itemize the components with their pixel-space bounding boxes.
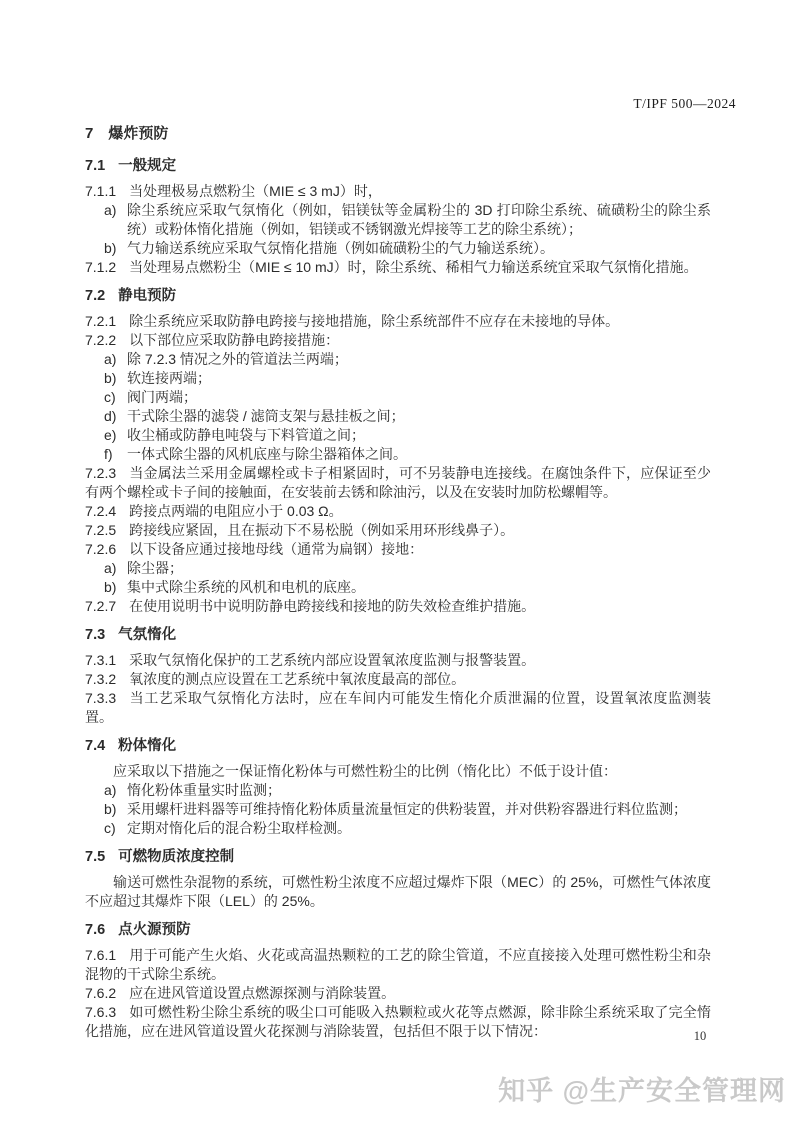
heading-number: 7.4: [85, 738, 105, 754]
clause-text: 当工艺采取气氛惰化方法时，应在车间内可能发生惰化介质泄漏的位置，设置氧浓度监测装…: [85, 690, 711, 725]
list-item-label: d): [104, 407, 127, 426]
section-heading: 7.6点火源预防: [85, 921, 711, 940]
heading-title: 粉体惰化: [118, 738, 176, 754]
clause-number: 7.2.6: [85, 541, 116, 557]
clause-text: 以下设备应通过接地母线（通常为扁钢）接地：: [129, 541, 423, 557]
list-item-label: a): [104, 781, 127, 800]
heading-title: 静电预防: [118, 288, 176, 304]
heading-number: 7.5: [85, 849, 105, 865]
clause-text: 跨接线应紧固，且在振动下不易松脱（例如采用环形线鼻子）。: [129, 522, 514, 538]
list-item-label: b): [104, 239, 127, 258]
watermark-text: 知乎 @生产安全管理网: [498, 1069, 786, 1108]
list-item-text: 除 7.2.3 情况之外的管道法兰两端；: [127, 350, 711, 369]
list-item-label: b): [104, 578, 127, 597]
clause: 7.2.1除尘系统应采取防静电跨接与接地措施，除尘系统部件不应存在未接地的导体。: [85, 312, 711, 331]
clause: 7.1.1当处理极易点燃粉尘（MIE ≤ 3 mJ）时，: [85, 182, 711, 201]
clause-text: 用于可能产生火焰、火花或高温热颗粒的工艺的除尘管道，不应直接接入处理可燃性粉尘和…: [85, 947, 711, 982]
list-item-label: a): [104, 350, 127, 369]
clause: 7.6.2应在进风管道设置点燃源探测与消除装置。: [85, 984, 711, 1003]
heading-title: 可燃物质浓度控制: [118, 849, 234, 865]
section-heading: 7.4粉体惰化: [85, 737, 711, 756]
clause: 7.3.3当工艺采取气氛惰化方法时，应在车间内可能发生惰化介质泄漏的位置，设置氧…: [85, 689, 711, 727]
page-number: 10: [688, 1029, 712, 1044]
list-item-label: c): [104, 819, 127, 838]
list-item-label: c): [104, 388, 127, 407]
list-item-text: 一体式除尘器的风机底座与除尘器箱体之间。: [127, 445, 711, 464]
list-item-label: e): [104, 426, 127, 445]
list-item-text: 定期对惰化后的混合粉尘取样检测。: [127, 819, 711, 838]
list-item-text: 采用螺杆进料器等可维持惰化粉体质量流量恒定的供粉装置，并对供粉容器进行料位监测；: [127, 800, 711, 819]
clause-text: 在使用说明书中说明防静电跨接线和接地的防失效检查维护措施。: [129, 598, 535, 614]
clause-text: 当处理极易点燃粉尘（MIE ≤ 3 mJ）时，: [129, 183, 382, 199]
clause: 7.2.5跨接线应紧固，且在振动下不易松脱（例如采用环形线鼻子）。: [85, 521, 711, 540]
paragraph: 应采取以下措施之一保证惰化粉体与可燃性粉尘的比例（惰化比）不低于设计值：: [85, 762, 711, 781]
clause-text: 采取气氛惰化保护的工艺系统内部应设置氧浓度监测与报警装置。: [129, 652, 535, 668]
clause: 7.3.2氧浓度的测点应设置在工艺系统中氧浓度最高的部位。: [85, 670, 711, 689]
clause-number: 7.6.2: [85, 985, 116, 1001]
clause-number: 7.2.5: [85, 522, 116, 538]
list-item-text: 收尘桶或防静电吨袋与下料管道之间；: [127, 426, 711, 445]
heading-number: 7: [85, 125, 93, 142]
section-heading: 7.5可燃物质浓度控制: [85, 848, 711, 867]
list-item: f)一体式除尘器的风机底座与除尘器箱体之间。: [85, 445, 711, 464]
list-item: a)除尘系统应采取气氛惰化（例如，铝镁钛等金属粉尘的 3D 打印除尘系统、硫磺粉…: [85, 201, 711, 239]
list-item: b)采用螺杆进料器等可维持惰化粉体质量流量恒定的供粉装置，并对供粉容器进行料位监…: [85, 800, 711, 819]
list-item: a)惰化粉体重量实时监测；: [85, 781, 711, 800]
clause-number: 7.6.3: [85, 1004, 116, 1020]
heading-number: 7.1: [85, 158, 105, 174]
paragraph: 输送可燃性杂混物的系统，可燃性粉尘浓度不应超过爆炸下限（MEC）的 25%，可燃…: [85, 873, 711, 911]
doc-number-header: T/IPF 500—2024: [633, 96, 736, 112]
list-item-text: 干式除尘器的滤袋 / 滤筒支架与悬挂板之间；: [127, 407, 711, 426]
list-item-label: a): [104, 559, 127, 578]
heading-number: 7.3: [85, 627, 105, 643]
section-heading: 7.2静电预防: [85, 287, 711, 306]
clause-number: 7.2.7: [85, 598, 116, 614]
document-body: 7爆炸预防7.1一般规定7.1.1当处理极易点燃粉尘（MIE ≤ 3 mJ）时，…: [85, 124, 711, 1041]
list-item: c)定期对惰化后的混合粉尘取样检测。: [85, 819, 711, 838]
clause-number: 7.3.3: [85, 690, 116, 706]
clause-text: 以下部位应采取防静电跨接措施：: [129, 332, 339, 348]
clause: 7.1.2当处理易点燃粉尘（MIE ≤ 10 mJ）时，除尘系统、稀相气力输送系…: [85, 258, 711, 277]
clause-number: 7.1.2: [85, 259, 116, 275]
document-page: T/IPF 500—2024 7爆炸预防7.1一般规定7.1.1当处理极易点燃粉…: [0, 0, 794, 1123]
list-item-text: 除尘系统应采取气氛惰化（例如，铝镁钛等金属粉尘的 3D 打印除尘系统、硫磺粉尘的…: [127, 201, 711, 239]
list-item-text: 气力输送系统应采取气氛惰化措施（例如硫磺粉尘的气力输送系统）。: [127, 239, 711, 258]
list-item-label: a): [104, 201, 127, 239]
clause-text: 当处理易点燃粉尘（MIE ≤ 10 mJ）时，除尘系统、稀相气力输送系统宜采取气…: [129, 259, 697, 275]
section-heading: 7.1一般规定: [85, 157, 711, 176]
list-item-text: 惰化粉体重量实时监测；: [127, 781, 711, 800]
clause-text: 当金属法兰采用金属螺栓或卡子相紧固时，可不另装静电连接线。在腐蚀条件下，应保证至…: [85, 465, 711, 500]
list-item: b)软连接两端；: [85, 369, 711, 388]
clause-number: 7.2.3: [85, 465, 116, 481]
heading-title: 点火源预防: [118, 922, 191, 938]
heading-title: 一般规定: [118, 158, 176, 174]
list-item: a)除尘器；: [85, 559, 711, 578]
clause-text: 跨接点两端的电阻应小于 0.03 Ω。: [129, 503, 343, 519]
section-heading: 7.3气氛惰化: [85, 626, 711, 645]
clause-text: 如可燃性粉尘除尘系统的吸尘口可能吸入热颗粒或火花等点燃源，除非除尘系统采取了完全…: [85, 1004, 711, 1039]
heading-title: 气氛惰化: [118, 627, 176, 643]
list-item-label: b): [104, 800, 127, 819]
clause: 7.2.2以下部位应采取防静电跨接措施：: [85, 331, 711, 350]
clause: 7.6.1用于可能产生火焰、火花或高温热颗粒的工艺的除尘管道，不应直接接入处理可…: [85, 946, 711, 984]
clause: 7.2.4跨接点两端的电阻应小于 0.03 Ω。: [85, 502, 711, 521]
clause: 7.3.1采取气氛惰化保护的工艺系统内部应设置氧浓度监测与报警装置。: [85, 651, 711, 670]
clause-text: 应在进风管道设置点燃源探测与消除装置。: [129, 985, 395, 1001]
clause-number: 7.1.1: [85, 183, 116, 199]
list-item-text: 软连接两端；: [127, 369, 711, 388]
list-item: c)阀门两端；: [85, 388, 711, 407]
list-item: b)气力输送系统应采取气氛惰化措施（例如硫磺粉尘的气力输送系统）。: [85, 239, 711, 258]
clause: 7.6.3如可燃性粉尘除尘系统的吸尘口可能吸入热颗粒或火花等点燃源，除非除尘系统…: [85, 1003, 711, 1041]
clause-number: 7.2.1: [85, 313, 116, 329]
list-item-label: f): [104, 445, 127, 464]
list-item: b)集中式除尘系统的风机和电机的底座。: [85, 578, 711, 597]
list-item: d)干式除尘器的滤袋 / 滤筒支架与悬挂板之间；: [85, 407, 711, 426]
clause-number: 7.2.2: [85, 332, 116, 348]
list-item-text: 集中式除尘系统的风机和电机的底座。: [127, 578, 711, 597]
heading-number: 7.2: [85, 288, 105, 304]
clause-number: 7.6.1: [85, 947, 116, 963]
clause-number: 7.2.4: [85, 503, 116, 519]
chapter-heading: 7爆炸预防: [85, 124, 711, 143]
list-item: a)除 7.2.3 情况之外的管道法兰两端；: [85, 350, 711, 369]
clause-text: 氧浓度的测点应设置在工艺系统中氧浓度最高的部位。: [129, 671, 465, 687]
list-item-text: 除尘器；: [127, 559, 711, 578]
clause-text: 除尘系统应采取防静电跨接与接地措施，除尘系统部件不应存在未接地的导体。: [129, 313, 619, 329]
clause-number: 7.3.1: [85, 652, 116, 668]
clause-number: 7.3.2: [85, 671, 116, 687]
clause: 7.2.3当金属法兰采用金属螺栓或卡子相紧固时，可不另装静电连接线。在腐蚀条件下…: [85, 464, 711, 502]
clause: 7.2.7在使用说明书中说明防静电跨接线和接地的防失效检查维护措施。: [85, 597, 711, 616]
heading-title: 爆炸预防: [108, 125, 168, 142]
clause: 7.2.6以下设备应通过接地母线（通常为扁钢）接地：: [85, 540, 711, 559]
list-item-label: b): [104, 369, 127, 388]
heading-number: 7.6: [85, 922, 105, 938]
list-item-text: 阀门两端；: [127, 388, 711, 407]
list-item: e)收尘桶或防静电吨袋与下料管道之间；: [85, 426, 711, 445]
